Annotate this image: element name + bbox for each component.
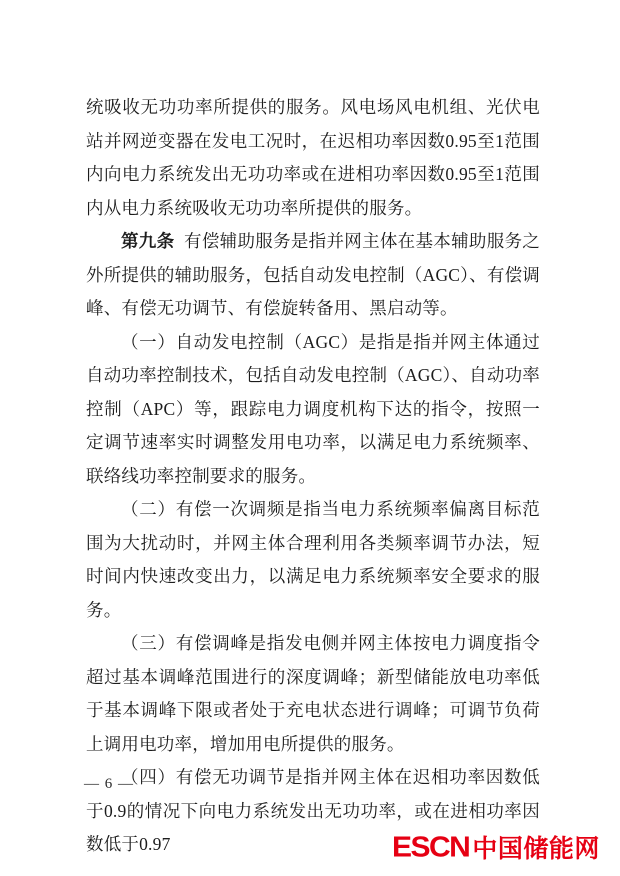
escn-logo-latin-text: ESCN <box>392 832 469 865</box>
document-page: 统吸收无功功率所提供的服务。风电场风电机组、光伏电站并网逆变器在发电工况时，在迟… <box>0 0 620 876</box>
escn-logo: ESCN 中国储能网 <box>392 829 600 865</box>
paragraph-article-9: 第九条有偿辅助服务是指并网主体在基本辅助服务之外所提供的辅助服务，包括自动发电控… <box>86 225 540 326</box>
document-body: 统吸收无功功率所提供的服务。风电场风电机组、光伏电站并网逆变器在发电工况时，在迟… <box>86 91 540 862</box>
paragraph-item-1: （一）自动发电控制（AGC）是指是指并网主体通过自动功率控制技术，包括自动发电控… <box>86 326 540 494</box>
paragraph-continuation: 统吸收无功功率所提供的服务。风电场风电机组、光伏电站并网逆变器在发电工况时，在迟… <box>86 91 540 225</box>
escn-logo-chinese-text: 中国储能网 <box>472 829 600 865</box>
article-number-label: 第九条 <box>121 231 174 251</box>
page-number: — 6 — <box>84 776 134 793</box>
paragraph-item-2: （二）有偿一次调频是指当电力系统频率偏离目标范围为大扰动时，并网主体合理利用各类… <box>86 493 540 627</box>
paragraph-item-3: （三）有偿调峰是指发电侧并网主体按电力调度指令超过基本调峰范围进行的深度调峰；新… <box>86 627 540 761</box>
